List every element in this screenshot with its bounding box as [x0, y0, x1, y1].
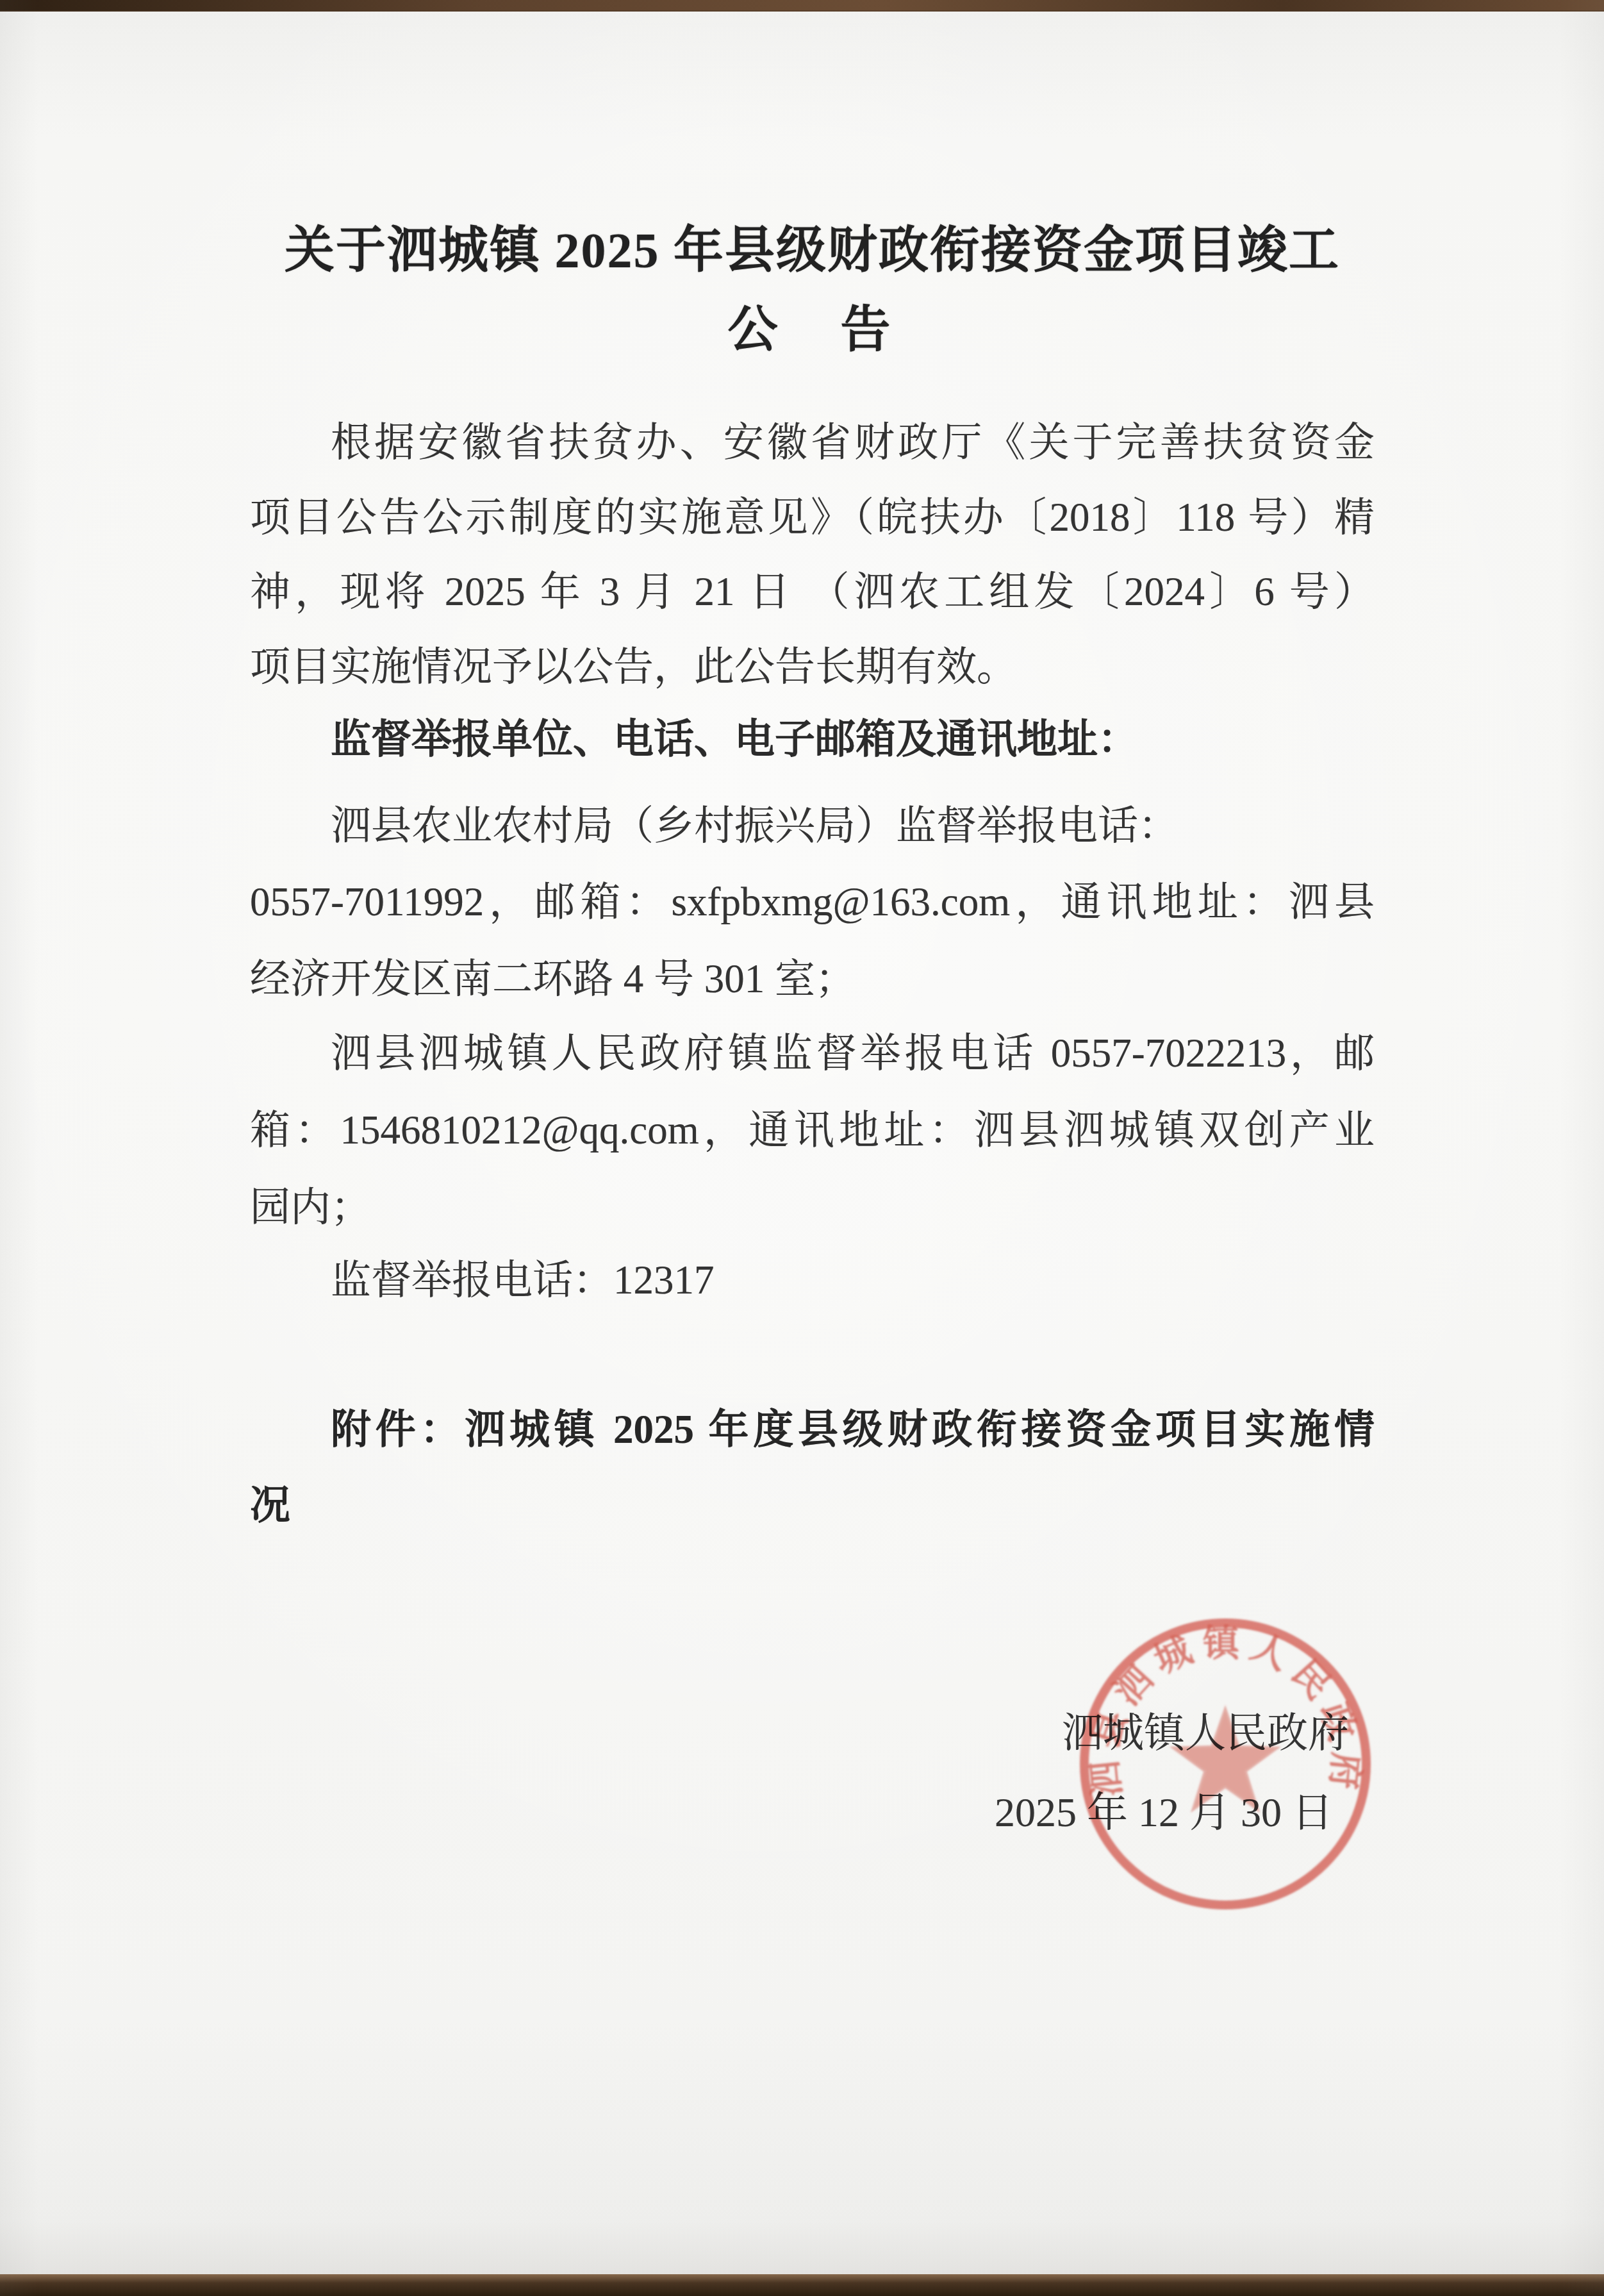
- document-title-line1: 关于泗城镇 2025 年县级财政衔接资金项目竣工: [250, 210, 1375, 282]
- body-line: 箱：1546810212@qq.com，通讯地址：泗县泗城镇双创产业: [250, 1101, 1375, 1159]
- body-line: 泗县农业农村局（乡村振兴局）监督举报电话：: [250, 797, 1375, 854]
- body-line: 项目实施情况予以公告，此公告长期有效。: [250, 638, 1375, 695]
- body-line-attachment-cont: 况: [250, 1476, 1375, 1534]
- scanner-edge-top: [0, 0, 1604, 12]
- official-seal: 泗县泗城镇人民政府: [1075, 1613, 1376, 1915]
- body-line: 经济开发区南二环路 4 号 301 室；: [250, 950, 1375, 1008]
- body-line: 神，现将 2025 年 3 月 21 日 （泗农工组发〔2024〕6 号）: [250, 563, 1375, 620]
- body-line: 泗县泗城镇人民政府镇监督举报电话 0557-7022213，邮: [250, 1024, 1375, 1082]
- scanner-edge-bottom: [0, 2274, 1604, 2296]
- body-line: 项目公告公示制度的实施意见》（皖扶办〔2018〕118 号）精: [250, 488, 1375, 546]
- body-line-attachment: 附件：泗城镇 2025 年度县级财政衔接资金项目实施情: [250, 1401, 1375, 1458]
- scanned-document-page: { "document": { "title": { "line1": "关于泗…: [0, 0, 1604, 2296]
- body-line-hotline: 监督举报电话：12317: [250, 1251, 1375, 1309]
- body-line: 0557-7011992，邮箱：sxfpbxmg@163.com，通讯地址：泗县: [250, 873, 1375, 931]
- body-line: 根据安徽省扶贫办、安徽省财政厅《关于完善扶贫资金: [250, 413, 1375, 471]
- body-line: 园内；: [250, 1178, 1375, 1236]
- body-line-supervision-header: 监督举报单位、电话、电子邮箱及通讯地址：: [250, 710, 1375, 768]
- document-title-line2: 公 告: [250, 290, 1375, 362]
